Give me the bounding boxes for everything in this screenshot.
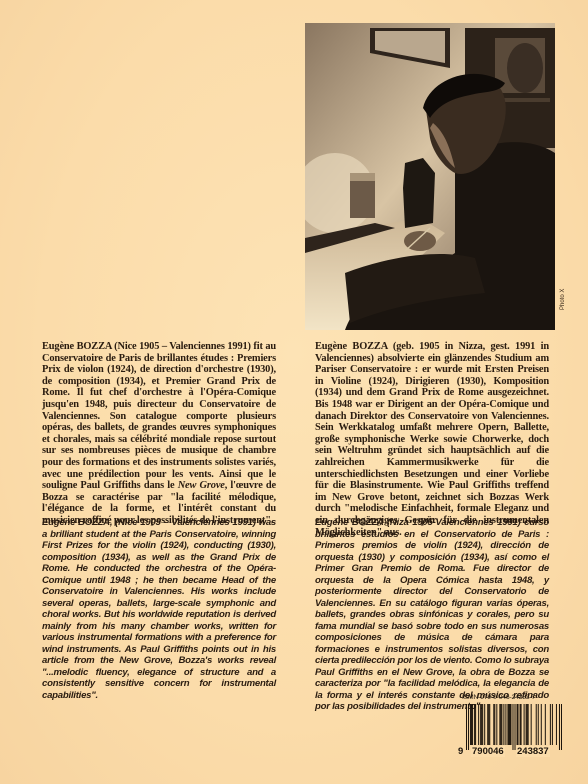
bio-french-text: Eugène BOZZA (Nice 1905 – Valenciennes 1…	[42, 341, 276, 491]
ismn-barcode: ISMN-979-0-046-24383-7 9 790046 243837	[458, 694, 566, 762]
bio-french-italic: New Grove	[178, 480, 225, 491]
barcode-digit-group-1: 790046	[471, 746, 505, 757]
ismn-label: ISMN-979-0-046-24383-7	[462, 694, 535, 701]
bio-spanish: Eugène BOZZA (Niza 1905-Valenciennes 199…	[315, 517, 549, 713]
barcode-digit-prefix: 9	[458, 746, 463, 757]
bio-german: Eugène BOZZA (geb. 1905 in Nizza, gest. …	[315, 341, 549, 538]
bio-english: Eugène BOZZA, (Nice 1905 – Valenciennes …	[42, 517, 276, 701]
barcode-bars	[466, 704, 562, 750]
back-cover: Photo X Eugène BOZZA (Nice 1905 – Valenc…	[0, 0, 588, 784]
barcode-digit-group-2: 243837	[516, 746, 550, 757]
photo-credit: Photo X	[560, 289, 566, 310]
bio-french: Eugène BOZZA (Nice 1905 – Valenciennes 1…	[42, 341, 276, 527]
photo-image	[305, 23, 555, 330]
composer-photo	[305, 23, 555, 330]
